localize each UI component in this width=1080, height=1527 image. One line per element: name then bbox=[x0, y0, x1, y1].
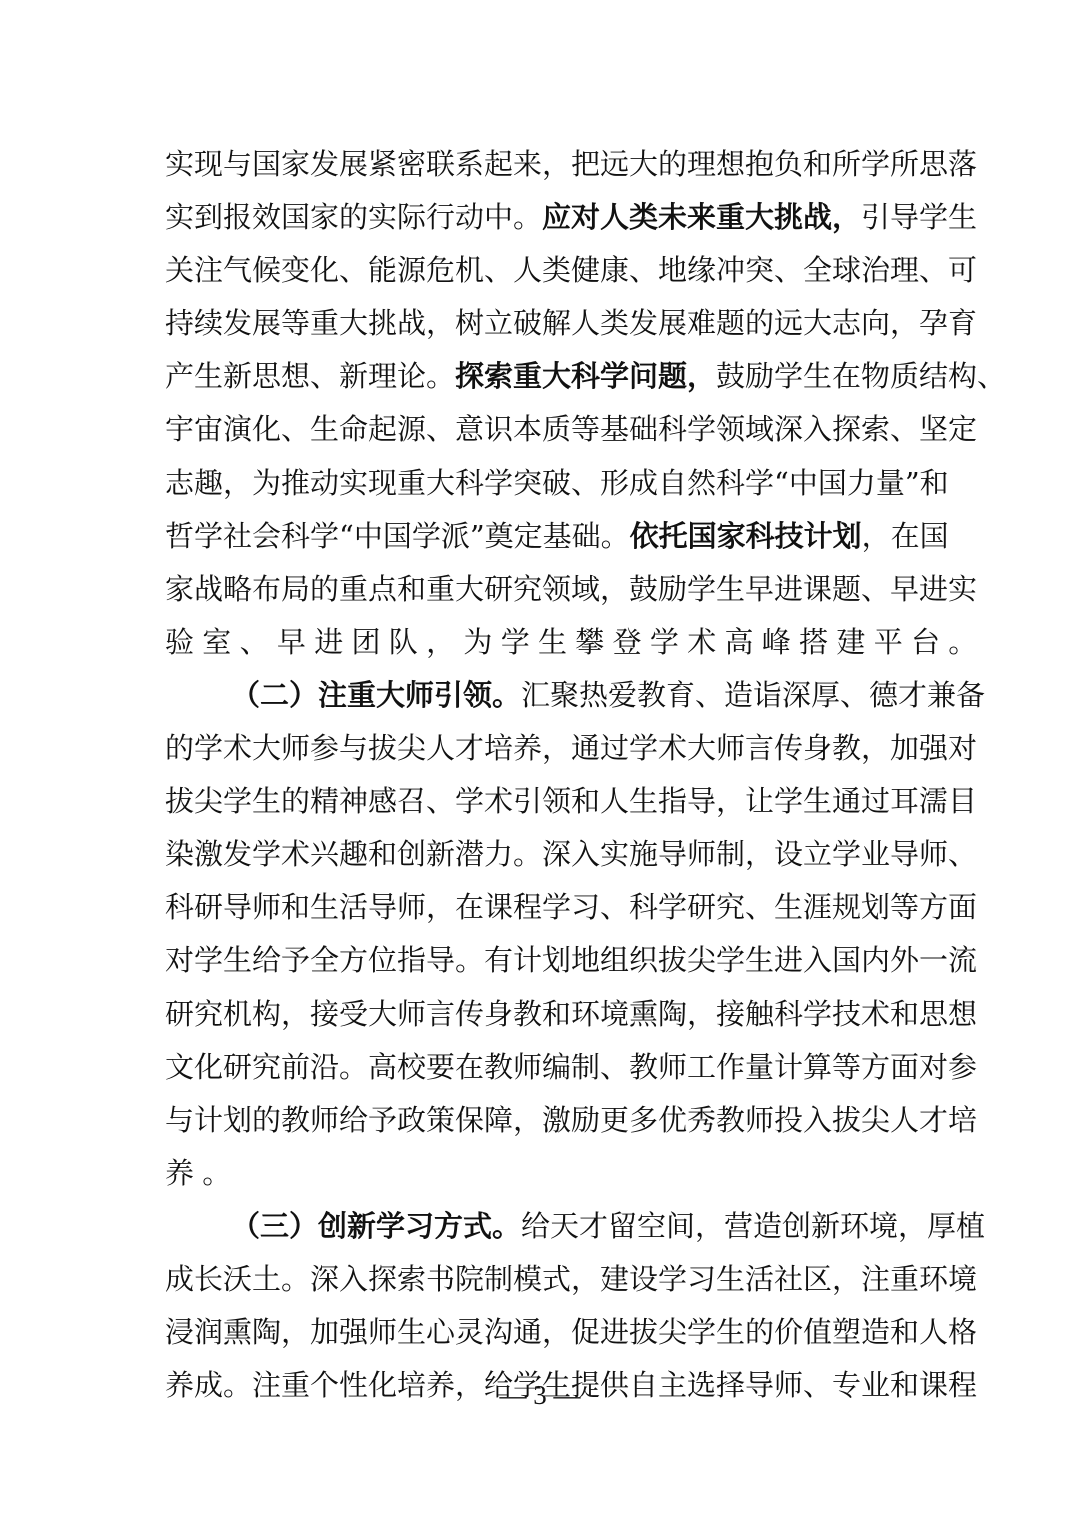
bold-phrase-future-challenges: 应对人类未来重大挑战， bbox=[542, 191, 861, 244]
text-segment: 宇宙演化、生命起源、意识本质等基础科学领域深入探索、坚定 bbox=[165, 403, 977, 456]
text-line: 实到报效国家的实际行动中。 应对人类未来重大挑战， 引导学生 bbox=[165, 191, 917, 244]
text-segment: 与计划的教师给予政策保障，激励更多优秀教师投入拔尖人才培 bbox=[165, 1094, 977, 1147]
text-segment: 浸润熏陶，加强师生心灵沟通，促进拔尖学生的价值塑造和人格 bbox=[165, 1306, 977, 1359]
text-line: 家战略布局的重点和重大研究领域，鼓励学生早进课题、早进实 bbox=[165, 563, 917, 616]
text-line: 关注气候变化、能源危机、人类健康、地缘冲突、全球治理、可 bbox=[165, 244, 917, 297]
text-segment: 哲学社会科学“中国学派”奠定基础。 bbox=[165, 510, 630, 563]
section-heading-2: （二）注重大师引领。 bbox=[231, 669, 521, 722]
text-segment: 实到报效国家的实际行动中。 bbox=[165, 191, 542, 244]
text-segment: 验室、早进团队，为学生攀登学术高峰搭建平台。 bbox=[165, 616, 986, 669]
text-line: 与计划的教师给予政策保障，激励更多优秀教师投入拔尖人才培 bbox=[165, 1094, 917, 1147]
text-segment: 科研导师和生活导师，在课程学习、科学研究、生涯规划等方面 bbox=[165, 881, 977, 934]
text-segment: 引导学生 bbox=[861, 191, 977, 244]
text-segment: 拔尖学生的精神感召、学术引领和人生指导，让学生通过耳濡目 bbox=[165, 775, 977, 828]
bold-phrase-national-tech-plan: 依托国家科技计划 bbox=[630, 510, 862, 563]
text-line: 宇宙演化、生命起源、意识本质等基础科学领域深入探索、坚定 bbox=[165, 403, 917, 456]
text-line: 实现与国家发展紧密联系起来，把远大的理想抱负和所学所思落 bbox=[165, 138, 917, 191]
page-number: — 3 — bbox=[0, 1380, 1080, 1411]
text-line: 成长沃土。深入探索书院制模式，建设学习生活社区，注重环境 bbox=[165, 1253, 917, 1306]
text-line: 拔尖学生的精神感召、学术引领和人生指导，让学生通过耳濡目 bbox=[165, 775, 917, 828]
text-segment: 养。 bbox=[165, 1147, 240, 1200]
text-line: 哲学社会科学“中国学派”奠定基础。 依托国家科技计划 ，在国 bbox=[165, 510, 917, 563]
text-line: 对学生给予全方位指导。有计划地组织拔尖学生进入国内外一流 bbox=[165, 934, 917, 987]
text-segment: 研究机构，接受大师言传身教和环境熏陶，接触科学技术和思想 bbox=[165, 988, 977, 1041]
text-segment: 汇聚热爱教育、造诣深厚、德才兼备 bbox=[521, 669, 985, 722]
section-heading-3: （三）创新学习方式。 bbox=[231, 1200, 521, 1253]
text-line: 文化研究前沿。高校要在教师编制、教师工作量计算等方面对参 bbox=[165, 1041, 917, 1094]
body-text: 实现与国家发展紧密联系起来，把远大的理想抱负和所学所思落 实到报效国家的实际行动… bbox=[165, 138, 917, 1412]
text-segment: 持续发展等重大挑战，树立破解人类发展难题的远大志向，孕育 bbox=[165, 297, 977, 350]
text-segment: 鼓励学生在物质结构、 bbox=[716, 350, 1006, 403]
text-segment: 对学生给予全方位指导。有计划地组织拔尖学生进入国内外一流 bbox=[165, 934, 977, 987]
text-line: 持续发展等重大挑战，树立破解人类发展难题的远大志向，孕育 bbox=[165, 297, 917, 350]
text-segment: 关注气候变化、能源危机、人类健康、地缘冲突、全球治理、可 bbox=[165, 244, 977, 297]
bold-phrase-science-questions: 探索重大科学问题， bbox=[455, 350, 716, 403]
document-page: 实现与国家发展紧密联系起来，把远大的理想抱负和所学所思落 实到报效国家的实际行动… bbox=[0, 0, 1080, 1527]
text-line: 染激发学术兴趣和创新潜力。深入实施导师制，设立学业导师、 bbox=[165, 828, 917, 881]
text-segment: ，在国 bbox=[862, 510, 949, 563]
text-segment: 家战略布局的重点和重大研究领域，鼓励学生早进课题、早进实 bbox=[165, 563, 977, 616]
text-line: 科研导师和生活导师，在课程学习、科学研究、生涯规划等方面 bbox=[165, 881, 917, 934]
text-line: 验室、早进团队，为学生攀登学术高峰搭建平台。 bbox=[165, 616, 917, 669]
text-segment: 染激发学术兴趣和创新潜力。深入实施导师制，设立学业导师、 bbox=[165, 828, 977, 881]
text-segment: 志趣，为推动实现重大科学突破、形成自然科学“中国力量”和 bbox=[165, 457, 949, 510]
text-segment: 产生新思想、新理论。 bbox=[165, 350, 455, 403]
paragraph-continued: 实现与国家发展紧密联系起来，把远大的理想抱负和所学所思落 实到报效国家的实际行动… bbox=[165, 138, 917, 669]
text-line: （二）注重大师引领。 汇聚热爱教育、造诣深厚、德才兼备 bbox=[165, 669, 917, 722]
text-segment: 成长沃土。深入探索书院制模式，建设学习生活社区，注重环境 bbox=[165, 1253, 977, 1306]
text-segment: 的学术大师参与拔尖人才培养，通过学术大师言传身教，加强对 bbox=[165, 722, 977, 775]
text-line: 研究机构，接受大师言传身教和环境熏陶，接触科学技术和思想 bbox=[165, 988, 917, 1041]
text-segment: 文化研究前沿。高校要在教师编制、教师工作量计算等方面对参 bbox=[165, 1041, 977, 1094]
text-line: 产生新思想、新理论。 探索重大科学问题， 鼓励学生在物质结构、 bbox=[165, 350, 917, 403]
text-line: 浸润熏陶，加强师生心灵沟通，促进拔尖学生的价值塑造和人格 bbox=[165, 1306, 917, 1359]
text-line: 的学术大师参与拔尖人才培养，通过学术大师言传身教，加强对 bbox=[165, 722, 917, 775]
text-line: 志趣，为推动实现重大科学突破、形成自然科学“中国力量”和 bbox=[165, 457, 917, 510]
text-line: 养。 bbox=[165, 1147, 917, 1200]
text-line: （三）创新学习方式。 给天才留空间，营造创新环境，厚植 bbox=[165, 1200, 917, 1253]
text-segment: 给天才留空间，营造创新环境，厚植 bbox=[521, 1200, 985, 1253]
text-segment: 实现与国家发展紧密联系起来，把远大的理想抱负和所学所思落 bbox=[165, 138, 977, 191]
paragraph-section-2: （二）注重大师引领。 汇聚热爱教育、造诣深厚、德才兼备 的学术大师参与拔尖人才培… bbox=[165, 669, 917, 1200]
